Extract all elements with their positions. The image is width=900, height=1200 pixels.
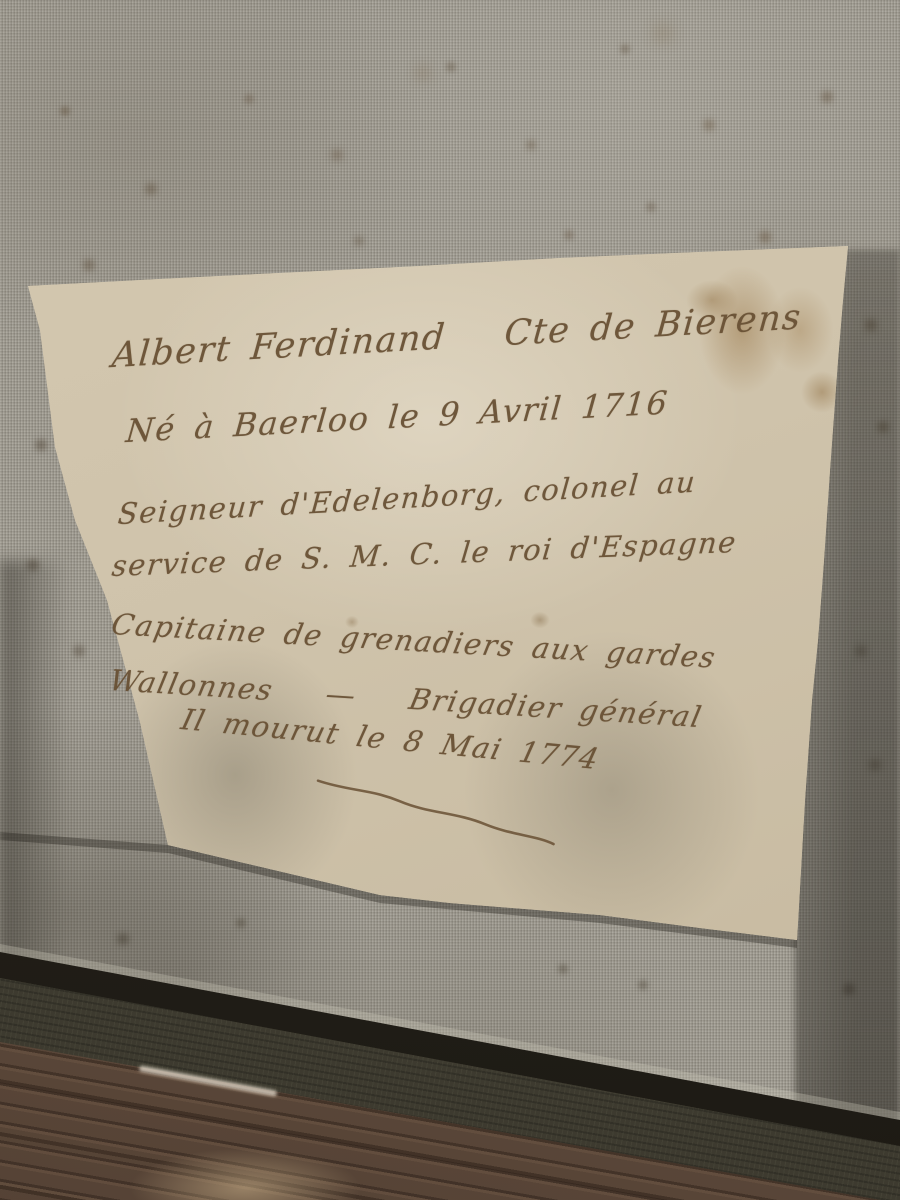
photo-back-of-framed-painting: Albert Ferdinand Cte de Bierens Né à Bae…: [0, 0, 900, 1200]
